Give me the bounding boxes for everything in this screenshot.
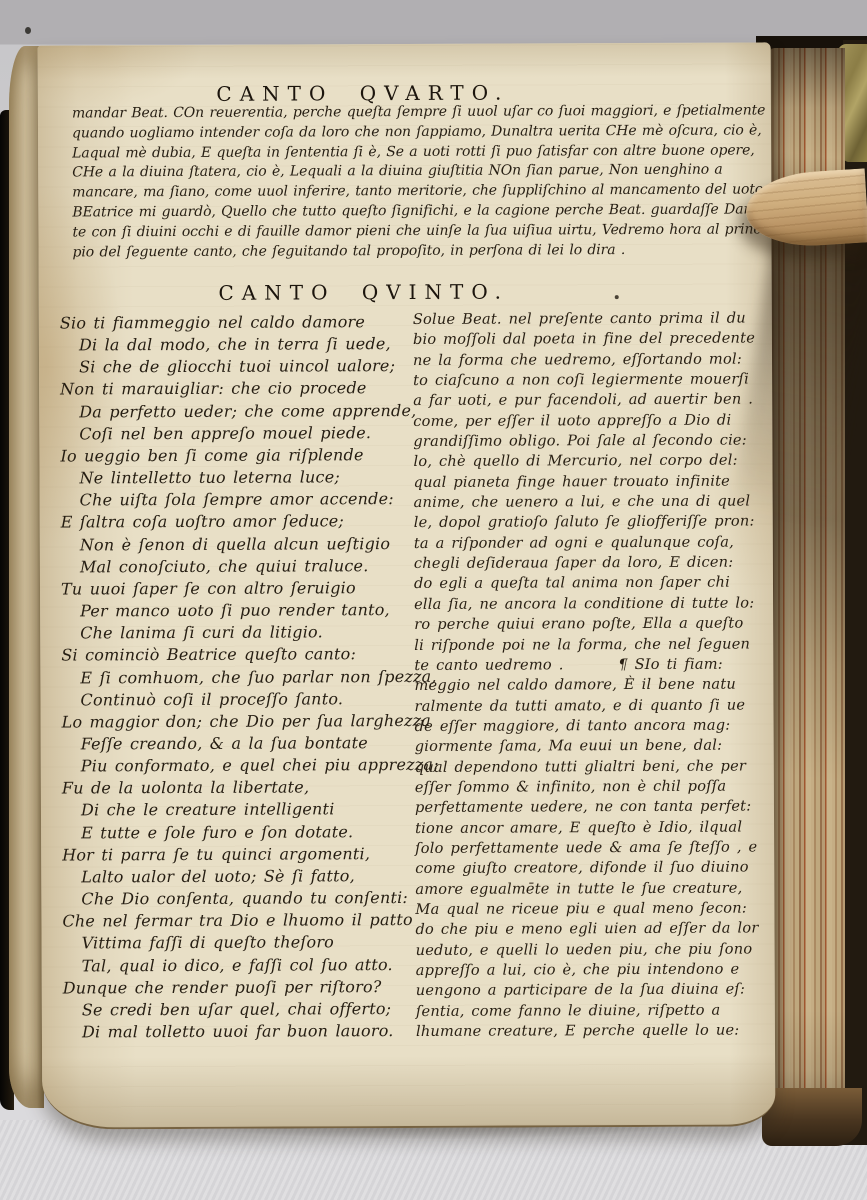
verse-line: Di mal tolletto uuoi far buon lauoro.	[63, 1020, 413, 1044]
intro-line: te con ſi diuini occhi e di fauille damo…	[72, 220, 772, 243]
dust-speck	[25, 27, 31, 34]
commentary-line: meggio nel caldo damore, È il bene natu	[414, 675, 770, 697]
verse-line: Ne lintelletto tuo leterna luce;	[60, 466, 410, 490]
commentary-line: appreſſo a lui, cio è, che piu intendono…	[416, 959, 772, 981]
intro-line: BEatrice mi guardò, Quello che tutto que…	[72, 200, 772, 223]
verse-line: Lo maggior don; che Dio per ſua larghezz…	[62, 710, 412, 734]
commentary-line: ro perche quiui erano poſte, Ella a queſ…	[414, 614, 770, 636]
commentary-line: de eſſer maggiore, di tanto ancora mag:	[415, 715, 771, 737]
verse-line: Si che de gliocchi tuoi uincol ualore;	[60, 355, 410, 379]
wooden-page-weight-body	[744, 168, 867, 249]
commentary-column: Solue Beat. nel preſente canto prima il …	[413, 308, 772, 1042]
commentary-line: eſſer ſommo & infinito, non è chil poſſa	[415, 776, 771, 798]
verse-line: Vittima faſſi di queſto theſoro	[63, 931, 413, 955]
book-photo: CANTO QVARTO. mandar Beat. COn reuerenti…	[0, 0, 867, 1200]
commentary-line: tione ancor amare, E queſto è Idio, ilqu…	[415, 817, 771, 839]
commentary-line: ſolo perfettamente uede & ama ſe ſteſſo …	[415, 837, 771, 859]
commentary-line: ella ſia, ne ancora la conditione di tut…	[414, 593, 770, 615]
verse-line: Da perfetto ueder; che come apprende,	[60, 400, 410, 424]
intro-line: mandar Beat. COn reuerentia, perche queſ…	[72, 101, 772, 124]
commentary-line: lo, chè quello di Mercurio, nel corpo de…	[413, 451, 769, 473]
commentary-line: come, per eſſer il uoto appreſſo a Dio d…	[413, 410, 769, 432]
commentary-line: Ma qual ne riceue piu e qual meno ſecon:	[415, 898, 771, 920]
commentary-line: do che piu e meno egli uien ad eſſer da …	[415, 919, 771, 941]
commentary-intro: mandar Beat. COn reuerentia, perche queſ…	[72, 101, 773, 262]
verse-line: Se credi ben uſar quel, chai offerto;	[63, 998, 413, 1022]
commentary-line: grandiſſimo obligo. Poi ſale al ſecondo …	[413, 430, 769, 452]
verse-line: Tal, qual io dico, e faſſi col ſuo atto.	[63, 954, 413, 978]
commentary-line: qual dependono tutti glialtri beni, che …	[415, 756, 771, 778]
book-page: CANTO QVARTO. mandar Beat. COn reuerenti…	[38, 42, 776, 1129]
wooden-page-weight	[742, 162, 867, 258]
commentary-line: anime, che uenero a lui, e che una di qu…	[414, 492, 770, 514]
commentary-line: ta a riſponder ad ogni e qualunque coſa,	[414, 532, 770, 554]
verse-line: Di la dal modo, che in terra ſi uede,	[60, 333, 410, 357]
verse-line: Tu uuoi ſaper ſe con altro ſeruigio	[61, 577, 411, 601]
verse-line: Di che le creature intelligenti	[62, 798, 412, 822]
commentary-line: ueduto, e quelli lo ueden piu, che piu ſ…	[416, 939, 772, 961]
verse-line: Si cominciò Beatrice queſto canto:	[61, 643, 411, 667]
verse-line: Coſi nel ben appreſo mouel piede.	[60, 422, 410, 446]
intro-line: pio del ſeguente canto, che ſeguitando t…	[73, 240, 773, 263]
verse-line: E tutte e ſole furo e ſon dotate.	[62, 821, 412, 845]
verse-line: Non è ſenon di quella alcun ueſtigio	[61, 533, 411, 557]
commentary-line: Solue Beat. nel preſente canto prima il …	[413, 308, 769, 330]
commentary-line: giormente ſama, Ma euui un bene, dal:	[415, 736, 771, 758]
heading-canto-quinto: CANTO QVINTO.	[159, 279, 569, 305]
fore-edge-bottom	[762, 1088, 862, 1146]
verse-line: Non ti marauigliar: che cio procede	[60, 377, 410, 401]
verse-line: Fu de la uolonta la libertate,	[62, 776, 412, 800]
commentary-line: a far uoti, e pur facendoli, ad auertir …	[413, 390, 769, 412]
verse-line: Mal conoſciuto, che quiui traluce.	[61, 555, 411, 579]
verse-line: Che lanima ſi curi da litigio.	[61, 621, 411, 645]
verse-line: Dunque che render puoſi per riſtoro?	[63, 976, 413, 1000]
verse-column: Sio ti fiammeggio nel caldo damoreDi la …	[60, 311, 413, 1044]
commentary-line: to ciaſcuno a non coſi legiermente mouer…	[413, 369, 769, 391]
verse-line: E ſaltra coſa uoſtro amor ſeduce;	[61, 510, 411, 534]
intro-line: quando uogliamo intender coſa da loro ch…	[72, 121, 772, 144]
commentary-line: do egli a queſta tal anima non ſaper chi	[414, 573, 770, 595]
commentary-line: come giuſto creatore, difonde il ſuo diu…	[415, 858, 771, 880]
commentary-line: ralmente da tutti amato, e di quanto ſi …	[414, 695, 770, 717]
verse-line: Che nel fermar tra Dio e lhuomo il patto	[62, 909, 412, 933]
verse-line: Che uiſta ſola ſempre amor accende:	[61, 488, 411, 512]
commentary-line: le, dopol gratioſo ſaluto ſe gliofferiſſ…	[414, 512, 770, 534]
commentary-line: amore egualmēte in tutte le ſue creature…	[415, 878, 771, 900]
commentary-line: perfettamente uedere, ne con tanta perfe…	[415, 797, 771, 819]
ink-speck	[615, 295, 619, 299]
verse-line: Piu conformato, e quel chei piu apprezza…	[62, 754, 412, 778]
verse-line: Che Dio conſenta, quando tu conſenti:	[62, 887, 412, 911]
commentary-line: ſentia, come fanno le diuine, riſpetto a	[416, 1000, 772, 1022]
commentary-line: chegli deſideraua ſaper da loro, E dicen…	[414, 553, 770, 575]
verse-line: E ſi comhuom, che ſuo parlar non ſpezza,	[61, 665, 411, 689]
commentary-line: qual pianeta finge hauer trouato infinit…	[414, 471, 770, 493]
commentary-line: bio moſſoli dal poeta in fine del preced…	[413, 329, 769, 351]
verse-line: Hor ti parra ſe tu quinci argomenti,	[62, 843, 412, 867]
commentary-line: lhumane creature, E perche quelle lo ue:	[416, 1020, 772, 1042]
verse-line: Io ueggio ben ſi come gia riſplende	[60, 444, 410, 468]
commentary-line: uengono a participare de la ſua diuina e…	[416, 980, 772, 1002]
commentary-line: te canto uedremo . ¶ SIo ti fiam:	[414, 654, 770, 676]
commentary-line: li riſponde poi ne la forma, che nel ſeg…	[414, 634, 770, 656]
commentary-line: ne la forma che uedremo, eſſortando mol:	[413, 349, 769, 371]
verse-line: Lalto ualor del uoto; Sè ſi fatto,	[62, 865, 412, 889]
verse-line: Sio ti fiammeggio nel caldo damore	[60, 311, 410, 335]
verse-line: Per manco uoto ſi puo render tanto,	[61, 599, 411, 623]
verse-line: Feſſe creando, & a la ſua bontate	[62, 732, 412, 756]
verse-line: Continuò coſi il proceſſo ſanto.	[61, 688, 411, 712]
